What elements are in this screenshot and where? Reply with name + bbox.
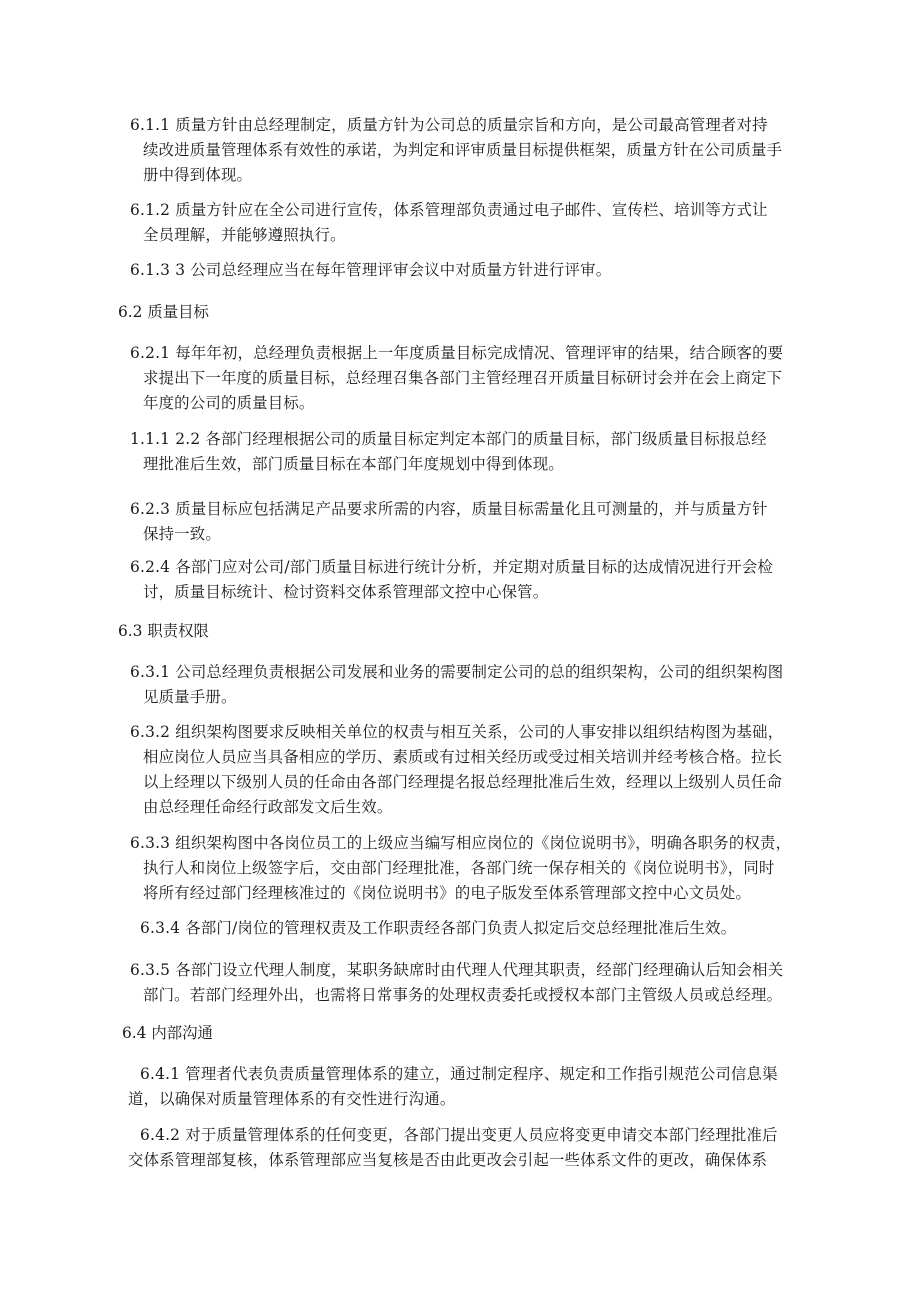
paragraph-1-1-1: 1.1.1 2.2 各部门经理根据公司的质量目标定判定本部门的质量目标，部门级质… bbox=[130, 427, 767, 477]
paragraph-line: 由总经理任命经行政部发文后生效。 bbox=[130, 795, 783, 820]
paragraph-6-4-2: 6.4.2 对于质量管理体系的任何变更，各部门提出变更人员应将变更申请交本部门经… bbox=[140, 1123, 778, 1173]
paragraph-6-2-4: 6.2.4 各部门应对公司/部门质量目标进行统计分析，并定期对质量目标的达成情况… bbox=[130, 555, 773, 605]
paragraph-line: 6.2.3 质量目标应包括满足产品要求所需的内容，质量目标需量化且可测量的，并与… bbox=[130, 497, 768, 522]
paragraph-line: 6.4.2 对于质量管理体系的任何变更，各部门提出变更人员应将变更申请交本部门经… bbox=[140, 1123, 778, 1148]
section-heading-6-2: 6.2 质量目标 bbox=[118, 300, 209, 325]
paragraph-line: 执行人和岗位上级签字后，交由部门经理批准，各部门统一保存相关的《岗位说明书》，同… bbox=[130, 856, 791, 881]
paragraph-line: 求提出下一年度的质量目标，总经理召集各部门主管经理召开质量目标研讨会并在会上商定… bbox=[130, 366, 783, 391]
paragraph-line: 6.3.4 各部门/岗位的管理权责及工作职责经各部门负责人拟定后交总经理批准后生… bbox=[140, 916, 736, 941]
paragraph-line: 理批准后生效，部门质量目标在本部门年度规划中得到体现。 bbox=[130, 452, 767, 477]
paragraph-line: 保持一致。 bbox=[130, 522, 768, 547]
paragraph-6-1-3: 6.1.3 3 公司总经理应当在每年管理评审会议中对质量方针进行评审。 bbox=[130, 258, 611, 283]
paragraph-6-1-1: 6.1.1 质量方针由总经理制定，质量方针为公司总的质量宗旨和方向，是公司最高管… bbox=[130, 113, 782, 188]
paragraph-6-1-2: 6.1.2 质量方针应在全公司进行宣传，体系管理部负责通过电子邮件、宣传栏、培训… bbox=[130, 198, 768, 248]
paragraph-line: 6.3.1 公司总经理负责根据公司发展和业务的需要制定公司的总的组织架构，公司的… bbox=[130, 660, 783, 685]
paragraph-line: 将所有经过部门经理核准过的《岗位说明书》的电子版发至体系管理部文控中心文员处。 bbox=[130, 881, 791, 906]
paragraph-6-3-4: 6.3.4 各部门/岗位的管理权责及工作职责经各部门负责人拟定后交总经理批准后生… bbox=[140, 916, 736, 941]
paragraph-line: 6.4.1 管理者代表负责质量管理体系的建立，通过制定程序、规定和工作指引规范公… bbox=[140, 1062, 778, 1087]
paragraph-6-3-5: 6.3.5 各部门设立代理人制度，某职务缺席时由代理人代理其职责，经部门经理确认… bbox=[130, 958, 783, 1008]
paragraph-line: 6.1.3 3 公司总经理应当在每年管理评审会议中对质量方针进行评审。 bbox=[130, 258, 611, 283]
paragraph-line: 册中得到体现。 bbox=[130, 163, 782, 188]
paragraph-line: 相应岗位人员应当具备相应的学历、素质或有过相关经历或受过相关培训并经考核合格。拉… bbox=[130, 745, 783, 770]
section-heading-6-4: 6.4 内部沟通 bbox=[122, 1021, 213, 1046]
paragraph-line: 部门。若部门经理外出，也需将日常事务的处理权责委托或授权本部门主管级人员或总经理… bbox=[130, 983, 783, 1008]
paragraph-line: 6.3.5 各部门设立代理人制度，某职务缺席时由代理人代理其职责，经部门经理确认… bbox=[130, 958, 783, 983]
paragraph-line: 1.1.1 2.2 各部门经理根据公司的质量目标定判定本部门的质量目标，部门级质… bbox=[130, 427, 767, 452]
paragraph-6-3-3: 6.3.3 组织架构图中各岗位员工的上级应当编写相应岗位的《岗位说明书》，明确各… bbox=[130, 831, 791, 906]
section-heading-6-3: 6.3 职责权限 bbox=[118, 619, 209, 644]
paragraph-line: 以上经理以下级别人员的任命由各部门经理提名报总经理批准后生效，经理以上级别人员任… bbox=[130, 770, 783, 795]
paragraph-6-4-1: 6.4.1 管理者代表负责质量管理体系的建立，通过制定程序、规定和工作指引规范公… bbox=[140, 1062, 778, 1112]
paragraph-line: 道，以确保对质量管理体系的有交性进行沟通。 bbox=[128, 1087, 778, 1112]
paragraph-6-2-1: 6.2.1 每年年初，总经理负责根据上一年度质量目标完成情况、管理评审的结果，结… bbox=[130, 341, 783, 416]
paragraph-line: 全员理解，并能够遵照执行。 bbox=[130, 223, 768, 248]
paragraph-line: 续改进质量管理体系有效性的承诺，为判定和评审质量目标提供框架，质量方针在公司质量… bbox=[130, 138, 782, 163]
paragraph-line: 6.3.2 组织架构图要求反映相关单位的权责与相互关系，公司的人事安排以组织结构… bbox=[130, 720, 783, 745]
paragraph-line: 6.2.4 各部门应对公司/部门质量目标进行统计分析，并定期对质量目标的达成情况… bbox=[130, 555, 773, 580]
paragraph-line: 见质量手册。 bbox=[130, 685, 783, 710]
paragraph-line: 6.3.3 组织架构图中各岗位员工的上级应当编写相应岗位的《岗位说明书》，明确各… bbox=[130, 831, 791, 856]
paragraph-6-3-1: 6.3.1 公司总经理负责根据公司发展和业务的需要制定公司的总的组织架构，公司的… bbox=[130, 660, 783, 710]
paragraph-6-2-3: 6.2.3 质量目标应包括满足产品要求所需的内容，质量目标需量化且可测量的，并与… bbox=[130, 497, 768, 547]
paragraph-line: 年度的公司的质量目标。 bbox=[130, 391, 783, 416]
paragraph-line: 6.2.1 每年年初，总经理负责根据上一年度质量目标完成情况、管理评审的结果，结… bbox=[130, 341, 783, 366]
paragraph-line: 6.1.2 质量方针应在全公司进行宣传，体系管理部负责通过电子邮件、宣传栏、培训… bbox=[130, 198, 768, 223]
paragraph-line: 交体系管理部复核，体系管理部应当复核是否由此更改会引起一些体系文件的更改，确保体… bbox=[128, 1148, 778, 1173]
paragraph-6-3-2: 6.3.2 组织架构图要求反映相关单位的权责与相互关系，公司的人事安排以组织结构… bbox=[130, 720, 783, 820]
document-page: 6.1.1 质量方针由总经理制定，质量方针为公司总的质量宗旨和方向，是公司最高管… bbox=[0, 0, 920, 1301]
paragraph-line: 讨，质量目标统计、检讨资料交体系管理部文控中心保管。 bbox=[130, 580, 773, 605]
paragraph-line: 6.1.1 质量方针由总经理制定，质量方针为公司总的质量宗旨和方向，是公司最高管… bbox=[130, 113, 782, 138]
